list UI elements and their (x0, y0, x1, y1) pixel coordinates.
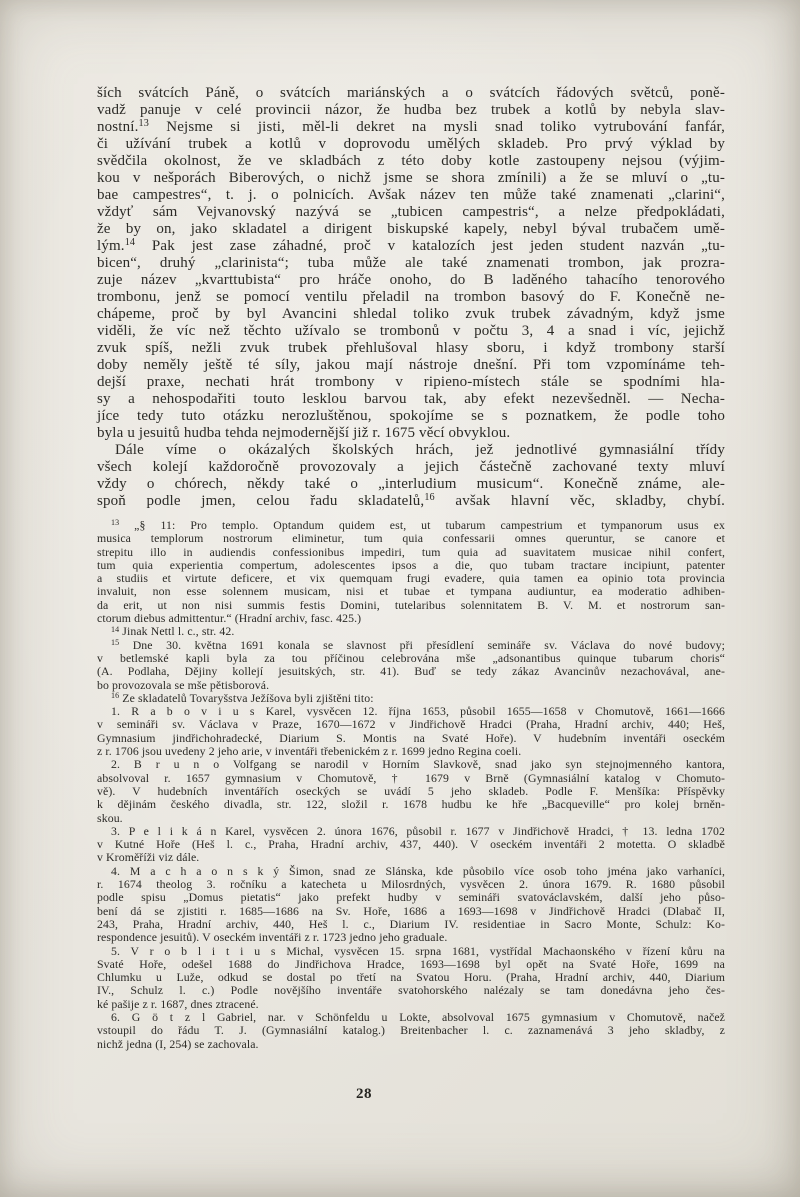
paragraph: Dále víme o okázalých školských hrách, j… (97, 442, 725, 510)
text-line: vždy o chórech, někdy také o „interludiu… (97, 476, 725, 493)
text-line: ké pašije z r. 1687, dnes ztracené. (97, 998, 725, 1011)
text-line: 13 „§ 11: Pro templo. Optandum quidem es… (97, 519, 725, 532)
footnote: 14 Jinak Nettl l. c., str. 42. (97, 625, 725, 638)
footnote: 5. V r o b l i t i u s Michal, vysvěcen … (97, 945, 725, 1011)
text-line: bo provozovala se mše pětisborová. (97, 679, 725, 692)
footnote: 16 Ze skladatelů Tovaryšstva Ježíšova by… (97, 692, 725, 705)
text-line: ctorum diebus admittentur.“ (Hradní arch… (97, 612, 725, 625)
text-line: 3. P e l i k á n Karel, vysvěcen 2. únor… (97, 825, 725, 838)
footnote: 4. M a c h a o n s k ý Šimon, snad ze Sl… (97, 865, 725, 945)
text-line: z r. 1706 jsou uvedeny 2 jeho arie, v in… (97, 745, 725, 758)
scanned-book-page: ších svátcích Páně, o svátcích mariánský… (0, 0, 800, 1197)
text-line: bicen“, druhý „clarinista“; tuba může al… (97, 255, 725, 272)
text-line: chápeme, proč by byl Avancini shledal to… (97, 306, 725, 323)
text-line: sy a nehospodařiti touto lesklou barvou … (97, 391, 725, 408)
paragraph: ších svátcích Páně, o svátcích mariánský… (97, 85, 725, 442)
text-line: 15 Dne 30. května 1691 konala se slavnos… (97, 639, 725, 652)
body-text: ších svátcích Páně, o svátcích mariánský… (97, 85, 725, 510)
text-line: v semináři sv. Václava v Praze, 1670—167… (97, 718, 725, 731)
text-line: lým.14 Pak jest zase záhadné, proč v kat… (97, 238, 725, 255)
text-line: spoň podle jmen, celou řadu skladatelů,1… (97, 493, 725, 510)
text-line: 6. G ö t z l Gabriel, nar. v Schönfeldu … (97, 1011, 725, 1024)
text-line: bae campestres“, t. j. o polnicích. Avša… (97, 187, 725, 204)
text-line: k dějinám českého divadla, str. 122, slo… (97, 798, 725, 811)
footnotes-section: 13 „§ 11: Pro templo. Optandum quidem es… (97, 519, 725, 1051)
text-line: vadž panuje v celé provincii názor, že h… (97, 102, 725, 119)
text-line: vždyť sám Vejvanovský nazývá se „tubicen… (97, 204, 725, 221)
text-line: strepitu illo in audiendis confessionibu… (97, 546, 725, 559)
text-line: (A. Podlaha, Dějiny kollejí jesuitských,… (97, 665, 725, 678)
text-line: 4. M a c h a o n s k ý Šimon, snad ze Sl… (97, 865, 725, 878)
text-line: byla u jesuitů hudba tehda nejmodernější… (97, 425, 725, 442)
text-line: podle spisu „Domus pietatis“ jako prefek… (97, 891, 725, 904)
text-line: zuje název „kvarttubista“ pro hráče onoh… (97, 272, 725, 289)
footnote: 13 „§ 11: Pro templo. Optandum quidem es… (97, 519, 725, 625)
text-line: 2. B r u n o Volfgang se narodil v Horní… (97, 758, 725, 771)
text-line: zvuk spíš, nežli zvuk trubek přehlušoval… (97, 340, 725, 357)
text-line: 5. V r o b l i t i u s Michal, vysvěcen … (97, 945, 725, 958)
text-line: r. 1674 theolog 3. ročníku a katecheta u… (97, 878, 725, 891)
text-line: vstoupil do řádu T. J. (Gymnasiální kata… (97, 1024, 725, 1037)
page-number: 28 (0, 1086, 728, 1103)
text-line: kou v nešporách Biberových, o nichž jsme… (97, 170, 725, 187)
text-line: svědčila okolnost, že ve skladbách z tét… (97, 153, 725, 170)
footnote: 15 Dne 30. května 1691 konala se slavnos… (97, 639, 725, 692)
text-line: Svaté Hoře, odešel 1688 do Jindřichova H… (97, 958, 725, 971)
text-line: v Kroměříži viz dále. (97, 851, 725, 864)
text-line: viděli, že víc než těchto užívalo se tro… (97, 323, 725, 340)
text-line: 1. R a b o v i u s Karel, vysvěcen 12. ř… (97, 705, 725, 718)
text-block: ších svátcích Páně, o svátcích mariánský… (97, 85, 725, 1051)
text-line: vě). V hudebních inventářích oseckých se… (97, 785, 725, 798)
text-line: či užívání trubek a kotlů v doprovodu um… (97, 136, 725, 153)
text-line: tum quia experientia compertum, adolesce… (97, 559, 725, 572)
text-line: da erit, ut non nisi summis festis Domin… (97, 599, 725, 612)
text-line: 243, Praha, Hradní archiv, 440, Heš l. c… (97, 918, 725, 931)
text-line: v Kutné Hoře (Heš l. c., Praha, Hradní a… (97, 838, 725, 851)
text-line: 14 Jinak Nettl l. c., str. 42. (97, 625, 725, 638)
text-line: respondence jesuitů). V oseckém inventář… (97, 931, 725, 944)
footnote: 1. R a b o v i u s Karel, vysvěcen 12. ř… (97, 705, 725, 758)
footnote: 2. B r u n o Volfgang se narodil v Horní… (97, 758, 725, 824)
text-line: Chlumku u Luže, odkud se dostal po třetí… (97, 971, 725, 984)
text-line: Dále víme o okázalých školských hrách, j… (97, 442, 725, 459)
text-line: jíce tedy tuto otázku nerozluštěnou, spo… (97, 408, 725, 425)
text-line: v betlemské kapli byla za tou příčinou c… (97, 652, 725, 665)
text-line: ších svátcích Páně, o svátcích mariánský… (97, 85, 725, 102)
text-line: Gymnasium jindřichohradecké, Diarium S. … (97, 732, 725, 745)
text-line: 16 Ze skladatelů Tovaryšstva Ježíšova by… (97, 692, 725, 705)
text-line: doby neměly ještě té síly, jakou mají ná… (97, 357, 725, 374)
text-line: že by on, jako skladatel a dirigent bisk… (97, 221, 725, 238)
text-line: absolvoval r. 1657 gymnasium v Chomutově… (97, 772, 725, 785)
text-line: nichž jedna (I, 254) se zachovala. (97, 1038, 725, 1051)
text-line: IV., Schulz l. c.) Podle novějšího inven… (97, 984, 725, 997)
text-line: musica templorum nostrorum eliminetur, t… (97, 532, 725, 545)
footnote: 3. P e l i k á n Karel, vysvěcen 2. únor… (97, 825, 725, 865)
text-line: skou. (97, 812, 725, 825)
text-line: bení dá se zjistiti r. 1685—1686 na Sv. … (97, 905, 725, 918)
text-line: invaluit, non esse solennem musicam, nis… (97, 585, 725, 598)
text-line: dejší praxe, nechati hrát trombony v rip… (97, 374, 725, 391)
text-line: a studiis et virtute deficere, et vix qu… (97, 572, 725, 585)
text-line: nostní.13 Nejsme si jisti, měl-li dekret… (97, 119, 725, 136)
text-line: trombonu, jenž se pomocí ventilu přeladi… (97, 289, 725, 306)
footnote: 6. G ö t z l Gabriel, nar. v Schönfeldu … (97, 1011, 725, 1051)
text-line: všech kolejí každoročně provozovaly a je… (97, 459, 725, 476)
